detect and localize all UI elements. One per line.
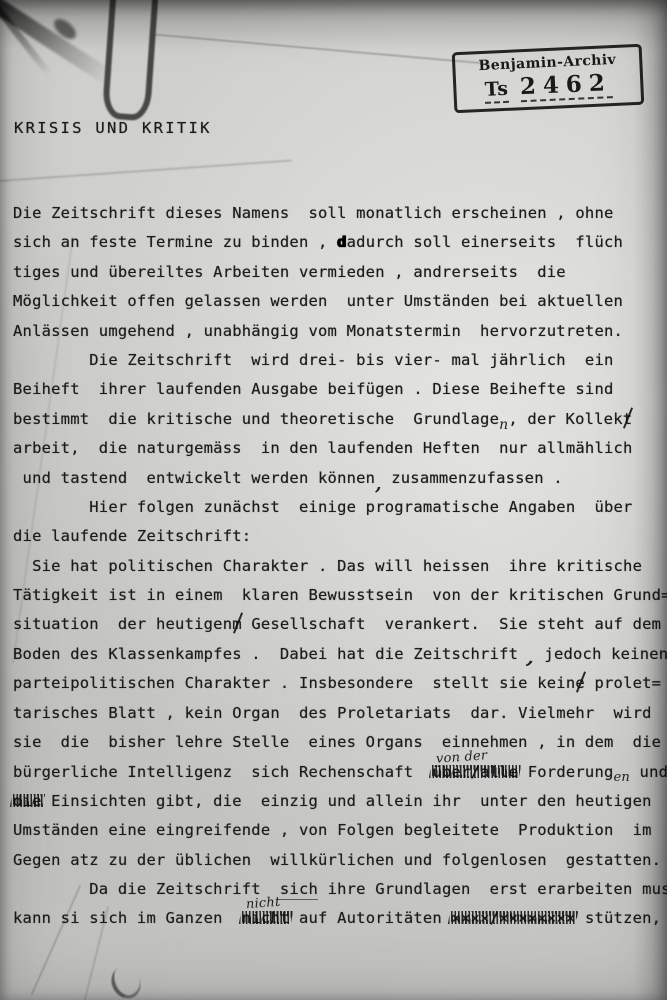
typescript-line: Da die Zeitschrift sich ihre Grundlagen …	[13, 880, 661, 909]
pencil-mark	[106, 961, 146, 1000]
corner-crease-mark	[0, 0, 52, 77]
ink-smudge	[51, 15, 80, 42]
archive-stamp-number: 2462	[519, 69, 612, 102]
typescript-line: situation der heutigenm Gesellschaft ver…	[13, 615, 661, 644]
document-title: KRISIS UND KRITIK	[14, 119, 212, 137]
struck-out-text: die	[13, 792, 42, 810]
archive-stamp-prefix: Ts	[484, 78, 508, 104]
typescript-line: Umständen eine eingreifende , von Folgen…	[13, 821, 661, 850]
typed-text: kann si sich im Ganzen	[13, 909, 242, 927]
typed-text: Hier folgen zunächst einige programatisc…	[13, 498, 633, 516]
typed-text: Beiheft ihrer laufenden Ausgabe beifügen…	[13, 380, 614, 398]
typed-text: tiges und übereiltes Arbeiten vermieden …	[13, 263, 566, 281]
typed-text: jedoch keinen	[535, 645, 667, 663]
typed-text: sich an feste Termine zu binden ,	[13, 233, 337, 251]
struck-letter: m	[232, 615, 242, 633]
typescript-line: bürgerliche Intelligenz sich Rechenschaf…	[13, 762, 661, 791]
typescript-line: Möglichkeit offen gelassen werden unter …	[13, 292, 661, 321]
typed-text: Da die Zeitschrift	[13, 880, 280, 898]
struck-letter: e	[575, 674, 585, 692]
typescript-line: kann si sich im Ganzen nichtnicht auf Au…	[13, 909, 661, 938]
typed-text: und	[630, 763, 667, 781]
typed-text: adurch soll einerseits flüch	[347, 233, 623, 251]
typescript-line: Boden des Klassenkampfes . Dabei hat die…	[13, 645, 661, 674]
struck-letter: t	[623, 410, 633, 428]
typed-text: Anlässen umgehend , unabhängig vom Monat…	[13, 322, 623, 340]
typescript-line: Hier folgen zunächst einige programatisc…	[13, 498, 661, 527]
typescript-line: bestimmt die kritische und theoretische …	[13, 410, 661, 439]
typed-text: Forderung	[518, 763, 613, 781]
typescript-line: sich an feste Termine zu binden , dadurc…	[13, 233, 661, 262]
typescript-line: tiges und übereiltes Arbeiten vermieden …	[13, 263, 661, 292]
struck-out-text: ××××/××××××××	[451, 909, 575, 927]
typescript-body: Die Zeitschrift dieses Namens soll monat…	[13, 204, 661, 939]
overwritten-letter: d	[337, 233, 347, 251]
typed-text: bestimmt die kritische und theoretische …	[13, 410, 499, 428]
typescript-line: Gegen atz zu der üblichen willkürlichen …	[13, 851, 661, 880]
correction-cluster: von derüber/alle	[432, 763, 518, 781]
typed-text: Möglichkeit offen gelassen werden unter …	[13, 292, 623, 310]
handwritten-suffix: en	[614, 770, 630, 785]
archive-stamp: Benjamin-Archiv Ts 2462	[452, 44, 645, 114]
typed-text: Sie hat politischen Charakter . Das will…	[13, 557, 642, 575]
typed-text: die laufende Zeitschrift:	[13, 527, 251, 545]
typed-text: ihre Grundlagen erst erarbeiten muss	[318, 880, 667, 898]
typed-text: Umständen eine eingreifende , von Folgen…	[13, 821, 652, 839]
typed-text: prolet=	[585, 674, 661, 692]
typed-text: Die Zeitschrift dieses Namens soll monat…	[13, 204, 614, 222]
typescript-line: Die Zeitschrift dieses Namens soll monat…	[13, 204, 661, 233]
handwritten-insertion: n	[499, 417, 508, 433]
typescript-line: arbeit, die naturgemäss in den laufenden…	[13, 439, 661, 468]
corner-crease-mark	[0, 0, 114, 85]
typed-text: und tastend entwickelt werden können	[13, 469, 375, 487]
typescript-line: und tastend entwickelt werden können, zu…	[13, 469, 661, 498]
typescript-line: sie die bisher lehre Stelle eines Organs…	[13, 733, 661, 762]
typescript-line: parteipolitischen Charakter . Insbesonde…	[13, 674, 661, 703]
typed-text: Tätigkeit ist in einem klaren Bewusstsei…	[13, 586, 667, 604]
struck-out-text: nicht	[242, 909, 290, 927]
typed-text: bürgerliche Intelligenz sich Rechenschaf…	[13, 763, 432, 781]
typed-text: zusammenzufassen .	[382, 469, 563, 487]
typescript-line: Beiheft ihrer laufenden Ausgabe beifügen…	[13, 380, 661, 409]
typed-text: stützen,	[575, 909, 661, 927]
crease-mark	[151, 33, 490, 65]
typed-text: tarisches Blatt , kein Organ des Proleta…	[13, 704, 652, 722]
typed-text: auf Autoritäten	[289, 909, 451, 927]
typed-text: arbeit, die naturgemäss in den laufenden…	[13, 439, 633, 457]
typed-text: sie die bisher lehre Stelle eines Organs…	[13, 733, 661, 751]
typescript-line: die Einsichten gibt, die einzig und alle…	[13, 792, 661, 821]
paperclip-impression	[102, 0, 161, 121]
manuscript-page: Benjamin-Archiv Ts 2462 KRISIS UND KRITI…	[0, 0, 667, 1000]
typed-text: Boden des Klassenkampfes . Dabei hat die…	[13, 645, 528, 663]
typed-text: situation der heutigen	[13, 615, 232, 633]
typed-text: Gegen atz zu der üblichen willkürlichen …	[13, 851, 661, 869]
typed-text: Die Zeitschrift wird drei- bis vier- mal…	[13, 351, 614, 369]
typed-text: Einsichten gibt, die einzig und allein i…	[42, 792, 652, 810]
underlined-word: sich	[280, 880, 318, 900]
typescript-line: Die Zeitschrift wird drei- bis vier- mal…	[13, 351, 661, 380]
typed-text: , der Kollek	[508, 410, 622, 428]
handwritten-insertion-above: nicht	[245, 895, 280, 912]
typescript-line: Anlässen umgehend , unabhängig vom Monat…	[13, 322, 661, 351]
typescript-line: die laufende Zeitschrift:	[13, 527, 661, 556]
typescript-line: Sie hat politischen Charakter . Das will…	[13, 557, 661, 586]
typescript-line: Tätigkeit ist in einem klaren Bewusstsei…	[13, 586, 661, 615]
correction-cluster: nichtnicht	[242, 909, 290, 927]
typed-text: Gesellschaft verankert. Sie steht auf de…	[242, 615, 661, 633]
crease-mark	[0, 160, 292, 183]
typescript-line: tarisches Blatt , kein Organ des Proleta…	[13, 704, 661, 733]
typed-text: parteipolitischen Charakter . Insbesonde…	[13, 674, 575, 692]
